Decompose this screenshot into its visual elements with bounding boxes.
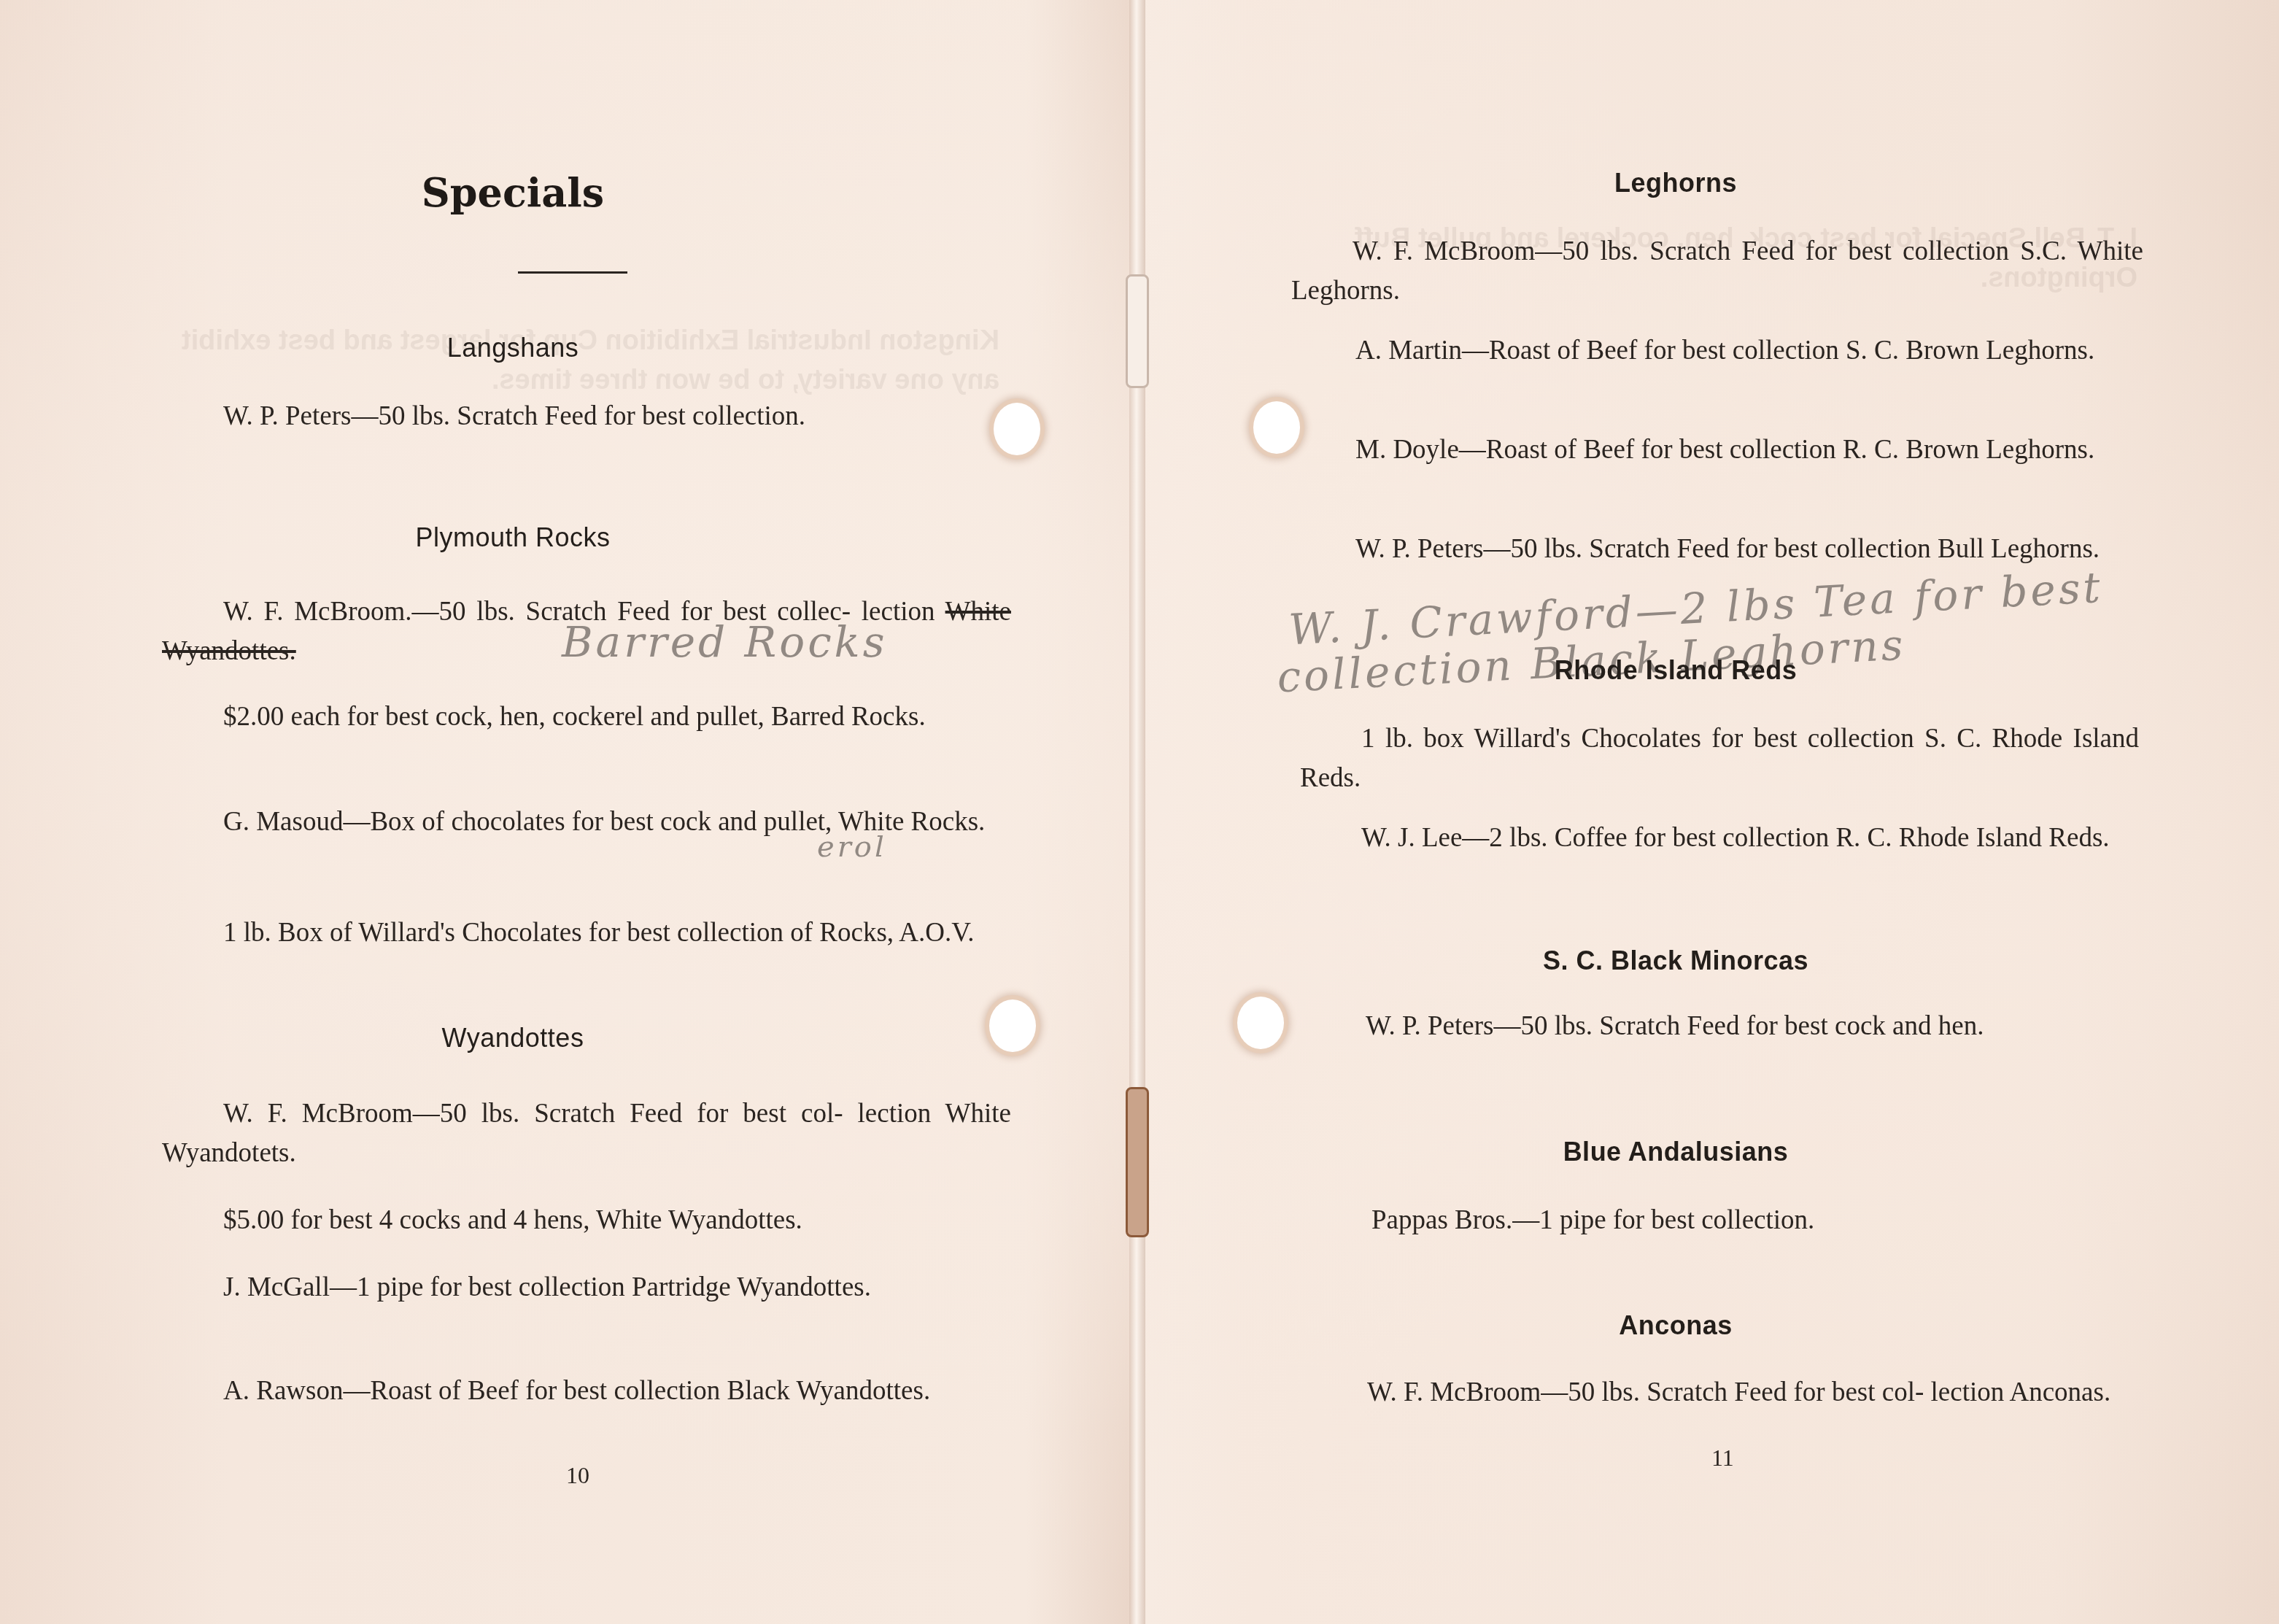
- entry-leghorns-4: W. P. Peters—50 lbs. Scratch Feed for be…: [1294, 530, 2143, 569]
- entry-leghorns-2: A. Martin—Roast of Beef for best collect…: [1294, 331, 2143, 371]
- punch-hole-bottom-right: [1237, 997, 1284, 1049]
- entry-wyandottes-2: $5.00 for best 4 cocks and 4 hens, White…: [162, 1201, 1011, 1240]
- entry-rir-1: 1 lb. box Willard's Chocolates for best …: [1300, 719, 2139, 798]
- booklet-spread: Kingston Industrial Exhibition Cup for l…: [0, 0, 2279, 1624]
- section-heading-wyandottes: Wyandottes: [0, 1023, 1135, 1053]
- entry-plymouth-rocks-4: 1 lb. Box of Willard's Chocolates for be…: [162, 913, 1011, 953]
- section-heading-anconas: Anconas: [1072, 1310, 2279, 1341]
- entry-leghorns-1: W. F. McBroom—50 lbs. Scratch Feed for b…: [1291, 232, 2143, 311]
- entry-wyandottes-3: J. McGall—1 pipe for best collection Par…: [162, 1268, 1011, 1307]
- title-rule: [518, 271, 627, 274]
- entry-langshans-1: W. P. Peters—50 lbs. Scratch Feed for be…: [162, 397, 1011, 436]
- section-heading-blue-andalusians: Blue Andalusians: [1072, 1137, 2279, 1167]
- page-title: Specials: [0, 169, 1135, 216]
- left-page: Specials Langshans W. P. Peters—50 lbs. …: [0, 0, 1135, 1624]
- right-page: Leghorns W. F. McBroom—50 lbs. Scratch F…: [1145, 0, 2279, 1624]
- entry-rir-2: W. J. Lee—2 lbs. Coffee for best collect…: [1300, 819, 2139, 858]
- handwritten-correction: Barred Rocks: [562, 617, 888, 667]
- section-heading-rhode-island-reds: Rhode Island Reds: [1072, 655, 2279, 686]
- entry-wyandottes-1: W. F. McBroom—50 lbs. Scratch Feed for b…: [162, 1094, 1011, 1173]
- page-number-right: 11: [1711, 1445, 1734, 1472]
- handwritten-note: erol: [817, 830, 887, 864]
- entry-andalusians-1: Pappas Bros.—1 pipe for best collection.: [1310, 1201, 2149, 1240]
- entry-plymouth-rocks-2: $2.00 each for best cock, hen, cockerel …: [162, 697, 1011, 737]
- section-heading-leghorns: Leghorns: [1072, 168, 2279, 198]
- entry-wyandottes-4: A. Rawson—Roast of Beef for best collect…: [162, 1372, 1011, 1411]
- section-heading-black-minorcas: S. C. Black Minorcas: [1072, 946, 2279, 976]
- section-heading-langshans: Langshans: [0, 333, 1135, 363]
- entry-leghorns-3: M. Doyle—Roast of Beef for best collecti…: [1294, 430, 2143, 470]
- entry-minorcas-1: W. P. Peters—50 lbs. Scratch Feed for be…: [1304, 1007, 2143, 1046]
- section-heading-plymouth-rocks: Plymouth Rocks: [0, 522, 1135, 553]
- entry-anconas-1: W. F. McBroom—50 lbs. Scratch Feed for b…: [1306, 1373, 2152, 1412]
- page-number-left: 10: [566, 1462, 589, 1489]
- punch-hole-top-right: [1253, 401, 1300, 454]
